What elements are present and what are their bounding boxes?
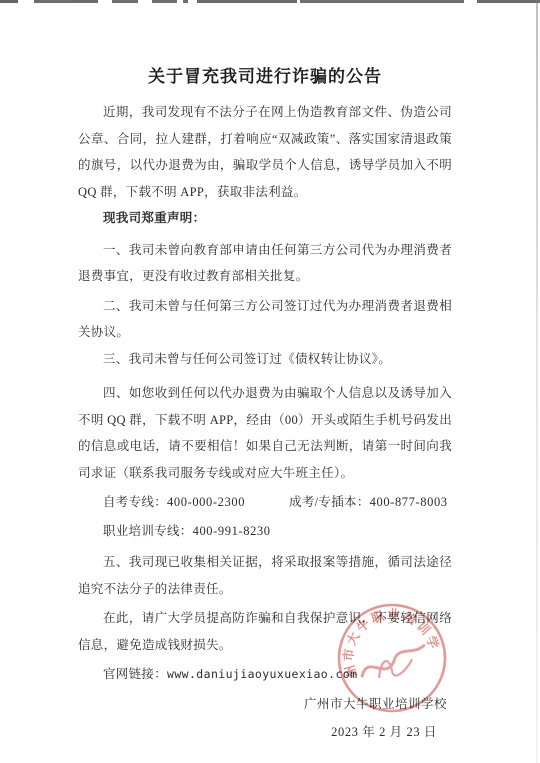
statement-3: 三、我司未曾与任何公司签订过《债权转让协议》。 [78, 346, 452, 373]
statement-1: 一、我司未曾向教育部申请由任何第三方公司代为办理消费者退费事宜，更没有收过教育部… [78, 237, 452, 290]
hotline-label: 成考/专插本： [289, 495, 370, 509]
signature-date: 2023 年 2 月 23 日 [78, 718, 452, 747]
statement-4: 四、如您收到任何以代办退费为由骗取个人信息以及诱导加入不明 QQ 群，下载不明 … [78, 380, 452, 486]
hotline-number: 400-000-2300 [167, 495, 245, 509]
hotline-zhiye: 职业培训专线：400-991-8230 [103, 524, 271, 538]
hotline-row-1: 自考专线：400-000-2300成考/专插本：400-877-8003 [78, 488, 452, 517]
declaration-heading: 现我司郑重声明： [78, 205, 452, 232]
hotline-zikao: 自考专线：400-000-2300 [103, 495, 245, 509]
page-title: 关于冒充我司进行诈骗的公告 [78, 64, 452, 90]
hotline-label: 职业培训专线： [103, 524, 193, 538]
signature-org: 广州市大牛职业培训学校 [78, 690, 452, 718]
intro-paragraph: 近期，我司发现有不法分子在网上伪造教育部文件、伪造公司公章、合同，拉人建群，打着… [78, 99, 452, 205]
hotline-label: 自考专线： [103, 495, 167, 509]
hotline-chengkao: 成考/专插本：400-877-8003 [289, 495, 448, 509]
closing-paragraph: 在此，请广大学员提高防诈骗和自我保护意识，不要轻信网络信息，避免造成钱财损失。 [78, 605, 452, 658]
page: 关于冒充我司进行诈骗的公告 近期，我司发现有不法分子在网上伪造教育部文件、伪造公… [0, 0, 540, 763]
hotline-number: 400-991-8230 [193, 524, 271, 538]
announcement-document: 关于冒充我司进行诈骗的公告 近期，我司发现有不法分子在网上伪造教育部文件、伪造公… [0, 0, 540, 747]
website-url: www.daniujiaoyuxuexiao.com [167, 667, 357, 681]
website-label: 官网链接： [103, 667, 167, 681]
statement-2: 二、我司未曾与任何第三方公司签订过代为办理消费者退费相关协议。 [78, 293, 452, 346]
hotline-row-2: 职业培训专线：400-991-8230 [78, 517, 452, 546]
website-line: 官网链接：www.daniujiaoyuxuexiao.com [78, 661, 452, 688]
hotline-number: 400-877-8003 [370, 495, 448, 509]
statement-5: 五、我司现已收集相关证据，将采取报案等措施，循司法途径追究不法分子的法律责任。 [78, 549, 452, 602]
